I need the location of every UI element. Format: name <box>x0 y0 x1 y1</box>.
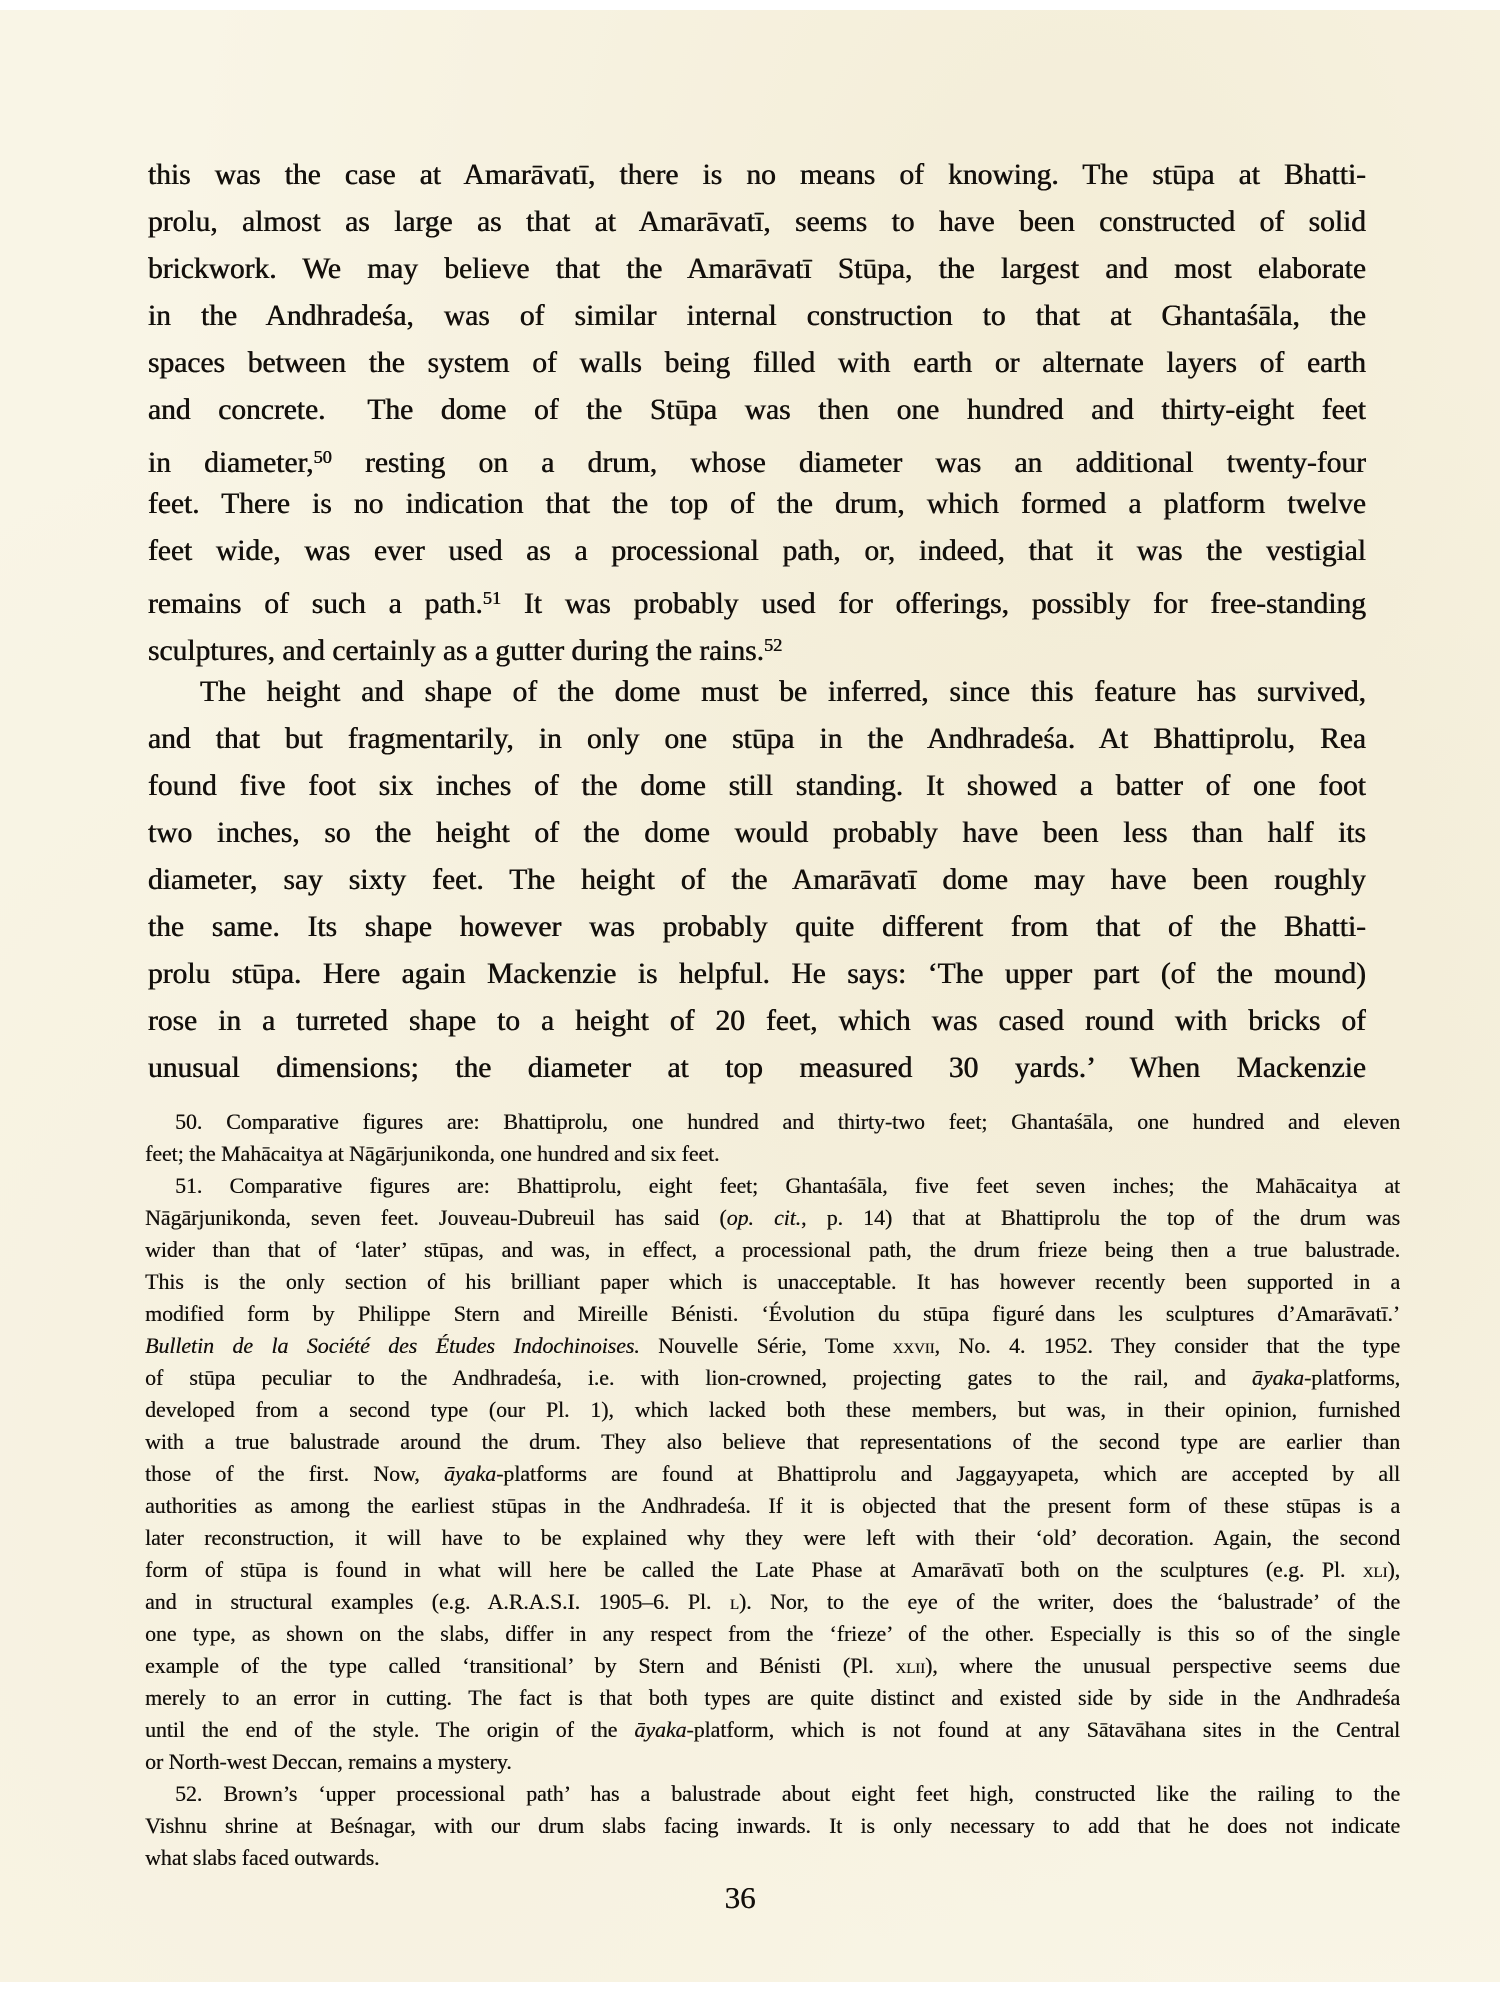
text-line: of stūpa peculiar to the Andhradeśa, i.e… <box>145 1362 1400 1394</box>
text-line: feet; the Mahācaitya at Nāgārjunikonda, … <box>145 1138 1400 1170</box>
text-line: what slabs faced outwards. <box>145 1842 1400 1874</box>
text-run: , p. 14) that at Bhattiprolu the top of … <box>801 1205 1400 1230</box>
italic-text-run: op. cit. <box>727 1205 801 1230</box>
text-line: wider than that of ‘later’ stūpas, and w… <box>145 1234 1400 1266</box>
text-run: feet; the Mahācaitya at Nāgārjunikonda, … <box>145 1141 719 1166</box>
text-line: those of the first. Now, āyaka-platforms… <box>145 1458 1400 1490</box>
text-line: with a true balustrade around the drum. … <box>145 1426 1400 1458</box>
paragraph-2: The height and shape of the dome must be… <box>148 669 1366 1092</box>
text-line: in the Andhradeśa, was of similar intern… <box>148 293 1366 340</box>
text-run: This is the only section of his brillian… <box>145 1269 1400 1294</box>
text-run: and concrete. The dome of the Stūpa was … <box>148 394 1366 426</box>
text-run: what slabs faced outwards. <box>145 1845 379 1870</box>
text-run: ), <box>1387 1557 1400 1582</box>
text-line: in diameter,50 resting on a drum, whose … <box>148 434 1366 481</box>
text-line: unusual dimensions; the diameter at top … <box>148 1045 1366 1092</box>
text-line: 51. Comparative figures are: Bhattiprolu… <box>145 1170 1400 1202</box>
text-line: modified form by Philippe Stern and Mire… <box>145 1298 1400 1330</box>
text-run: spaces between the system of walls being… <box>148 347 1366 379</box>
text-run: Vishnu shrine at Beśnagar, with our drum… <box>145 1813 1400 1838</box>
text-run: rose in a turreted shape to a height of … <box>148 1005 1366 1037</box>
text-run: It was probably used for offerings, poss… <box>501 588 1366 620</box>
text-run: wider than that of ‘later’ stūpas, and w… <box>145 1237 1400 1262</box>
text-run: 52. Brown’s ‘upper processional path’ ha… <box>175 1781 1400 1806</box>
text-run: authorities as among the earliest stūpas… <box>145 1493 1400 1518</box>
text-run: resting on a drum, whose diameter was an… <box>332 447 1366 479</box>
text-line: authorities as among the earliest stūpas… <box>145 1490 1400 1522</box>
text-run: Nouvelle Série, Tome <box>640 1333 893 1358</box>
text-line: until the end of the style. The origin o… <box>145 1714 1400 1746</box>
text-line: example of the type called ‘transitional… <box>145 1650 1400 1682</box>
small-caps-run: l <box>730 1589 739 1614</box>
text-line: spaces between the system of walls being… <box>148 340 1366 387</box>
text-line: one type, as shown on the slabs, differ … <box>145 1618 1400 1650</box>
text-run: sculptures, and certainly as a gutter du… <box>148 635 764 667</box>
text-line: diameter, say sixty feet. The height of … <box>148 857 1366 904</box>
italic-text-run: Bulletin de la Société des Études Indoch… <box>145 1333 640 1358</box>
text-run: Nāgārjunikonda, seven feet. Jouveau-Dubr… <box>145 1205 727 1230</box>
paragraph-1: this was the case at Amarāvatī, there is… <box>148 152 1366 669</box>
text-line: the same. Its shape however was probably… <box>148 904 1366 951</box>
text-run: this was the case at Amarāvatī, there is… <box>148 159 1366 191</box>
text-run: and in structural examples (e.g. A.R.A.S… <box>145 1589 730 1614</box>
text-run: -platforms, <box>1304 1365 1400 1390</box>
text-run: feet. There is no indication that the to… <box>148 488 1366 520</box>
main-text-block: this was the case at Amarāvatī, there is… <box>148 152 1366 1092</box>
text-run: diameter, say sixty feet. The height of … <box>148 864 1366 896</box>
text-run: unusual dimensions; the diameter at top … <box>148 1052 1366 1084</box>
text-line: rose in a turreted shape to a height of … <box>148 998 1366 1045</box>
text-run: later reconstruction, it will have to be… <box>145 1525 1400 1550</box>
text-run: found five foot six inches of the dome s… <box>148 770 1366 802</box>
text-run: brickwork. We may believe that the Amarā… <box>148 253 1366 285</box>
text-run: in the Andhradeśa, was of similar intern… <box>148 300 1366 332</box>
text-run: -platform, which is not found at any Sāt… <box>686 1717 1400 1742</box>
footnote-52: 52. Brown’s ‘upper processional path’ ha… <box>145 1778 1400 1874</box>
text-line: 52. Brown’s ‘upper processional path’ ha… <box>145 1778 1400 1810</box>
italic-text-run: āyaka <box>444 1461 496 1486</box>
text-line: brickwork. We may believe that the Amarā… <box>148 246 1366 293</box>
text-line: and that but fragmentarily, in only one … <box>148 716 1366 763</box>
text-run: two inches, so the height of the dome wo… <box>148 817 1366 849</box>
text-line: merely to an error in cutting. The fact … <box>145 1682 1400 1714</box>
text-line: or North-west Deccan, remains a mystery. <box>145 1746 1400 1778</box>
text-run: modified form by Philippe Stern and Mire… <box>145 1301 1400 1326</box>
text-run: ), where the unusual perspective seems d… <box>925 1653 1400 1678</box>
italic-text-run: āyaka <box>1252 1365 1304 1390</box>
text-run: The height and shape of the dome must be… <box>200 676 1366 708</box>
small-caps-run: xli <box>1363 1557 1388 1582</box>
page-number: 36 <box>0 1880 1480 1916</box>
text-run: feet wide, was ever used as a procession… <box>148 535 1366 567</box>
small-caps-run: xlii <box>895 1653 925 1678</box>
footnotes-block: 50. Comparative figures are: Bhattiprolu… <box>145 1106 1400 1874</box>
text-run: and that but fragmentarily, in only one … <box>148 723 1366 755</box>
text-line: and concrete. The dome of the Stūpa was … <box>148 387 1366 434</box>
small-caps-run: xxvii <box>893 1333 935 1358</box>
text-run: , No. 4. 1952. They consider that the ty… <box>935 1333 1400 1358</box>
text-line: form of stūpa is found in what will here… <box>145 1554 1400 1586</box>
text-run: merely to an error in cutting. The fact … <box>145 1685 1400 1710</box>
text-line: sculptures, and certainly as a gutter du… <box>148 622 1366 669</box>
text-line: 50. Comparative figures are: Bhattiprolu… <box>145 1106 1400 1138</box>
text-line: feet wide, was ever used as a procession… <box>148 528 1366 575</box>
text-line: developed from a second type (our Pl. 1)… <box>145 1394 1400 1426</box>
text-run: one type, as shown on the slabs, differ … <box>145 1621 1400 1646</box>
text-run: example of the type called ‘transitional… <box>145 1653 895 1678</box>
footnote-marker: 51 <box>483 588 501 608</box>
text-run: prolu stūpa. Here again Mackenzie is hel… <box>148 958 1366 990</box>
text-line: Bulletin de la Société des Études Indoch… <box>145 1330 1400 1362</box>
text-line: found five foot six inches of the dome s… <box>148 763 1366 810</box>
text-run: or North-west Deccan, remains a mystery. <box>145 1749 512 1774</box>
footnote-marker: 50 <box>314 447 332 467</box>
text-run: form of stūpa is found in what will here… <box>145 1557 1363 1582</box>
text-line: The height and shape of the dome must be… <box>148 669 1366 716</box>
text-run: prolu, almost as large as that at Amarāv… <box>148 206 1366 238</box>
text-run: ). Nor, to the eye of the writer, does t… <box>739 1589 1400 1614</box>
text-run: remains of such a path. <box>148 588 483 620</box>
text-line: later reconstruction, it will have to be… <box>145 1522 1400 1554</box>
text-line: This is the only section of his brillian… <box>145 1266 1400 1298</box>
text-run: the same. Its shape however was probably… <box>148 911 1366 943</box>
text-line: this was the case at Amarāvatī, there is… <box>148 152 1366 199</box>
text-run: with a true balustrade around the drum. … <box>145 1429 1400 1454</box>
text-run: of stūpa peculiar to the Andhradeśa, i.e… <box>145 1365 1252 1390</box>
text-line: feet. There is no indication that the to… <box>148 481 1366 528</box>
text-line: prolu, almost as large as that at Amarāv… <box>148 199 1366 246</box>
text-run: in diameter, <box>148 447 314 479</box>
text-line: remains of such a path.51 It was probabl… <box>148 575 1366 622</box>
text-run: 51. Comparative figures are: Bhattiprolu… <box>175 1173 1400 1198</box>
text-line: Nāgārjunikonda, seven feet. Jouveau-Dubr… <box>145 1202 1400 1234</box>
footnote-51: 51. Comparative figures are: Bhattiprolu… <box>145 1170 1400 1778</box>
text-run: until the end of the style. The origin o… <box>145 1717 634 1742</box>
text-run: developed from a second type (our Pl. 1)… <box>145 1397 1400 1422</box>
text-line: two inches, so the height of the dome wo… <box>148 810 1366 857</box>
italic-text-run: āyaka <box>634 1717 686 1742</box>
text-run: -platforms are found at Bhattiprolu and … <box>496 1461 1400 1486</box>
footnote-50: 50. Comparative figures are: Bhattiprolu… <box>145 1106 1400 1170</box>
text-line: and in structural examples (e.g. A.R.A.S… <box>145 1586 1400 1618</box>
text-line: Vishnu shrine at Beśnagar, with our drum… <box>145 1810 1400 1842</box>
footnote-marker: 52 <box>764 635 782 655</box>
text-line: prolu stūpa. Here again Mackenzie is hel… <box>148 951 1366 998</box>
text-run: 50. Comparative figures are: Bhattiprolu… <box>175 1109 1400 1134</box>
text-run: those of the first. Now, <box>145 1461 444 1486</box>
